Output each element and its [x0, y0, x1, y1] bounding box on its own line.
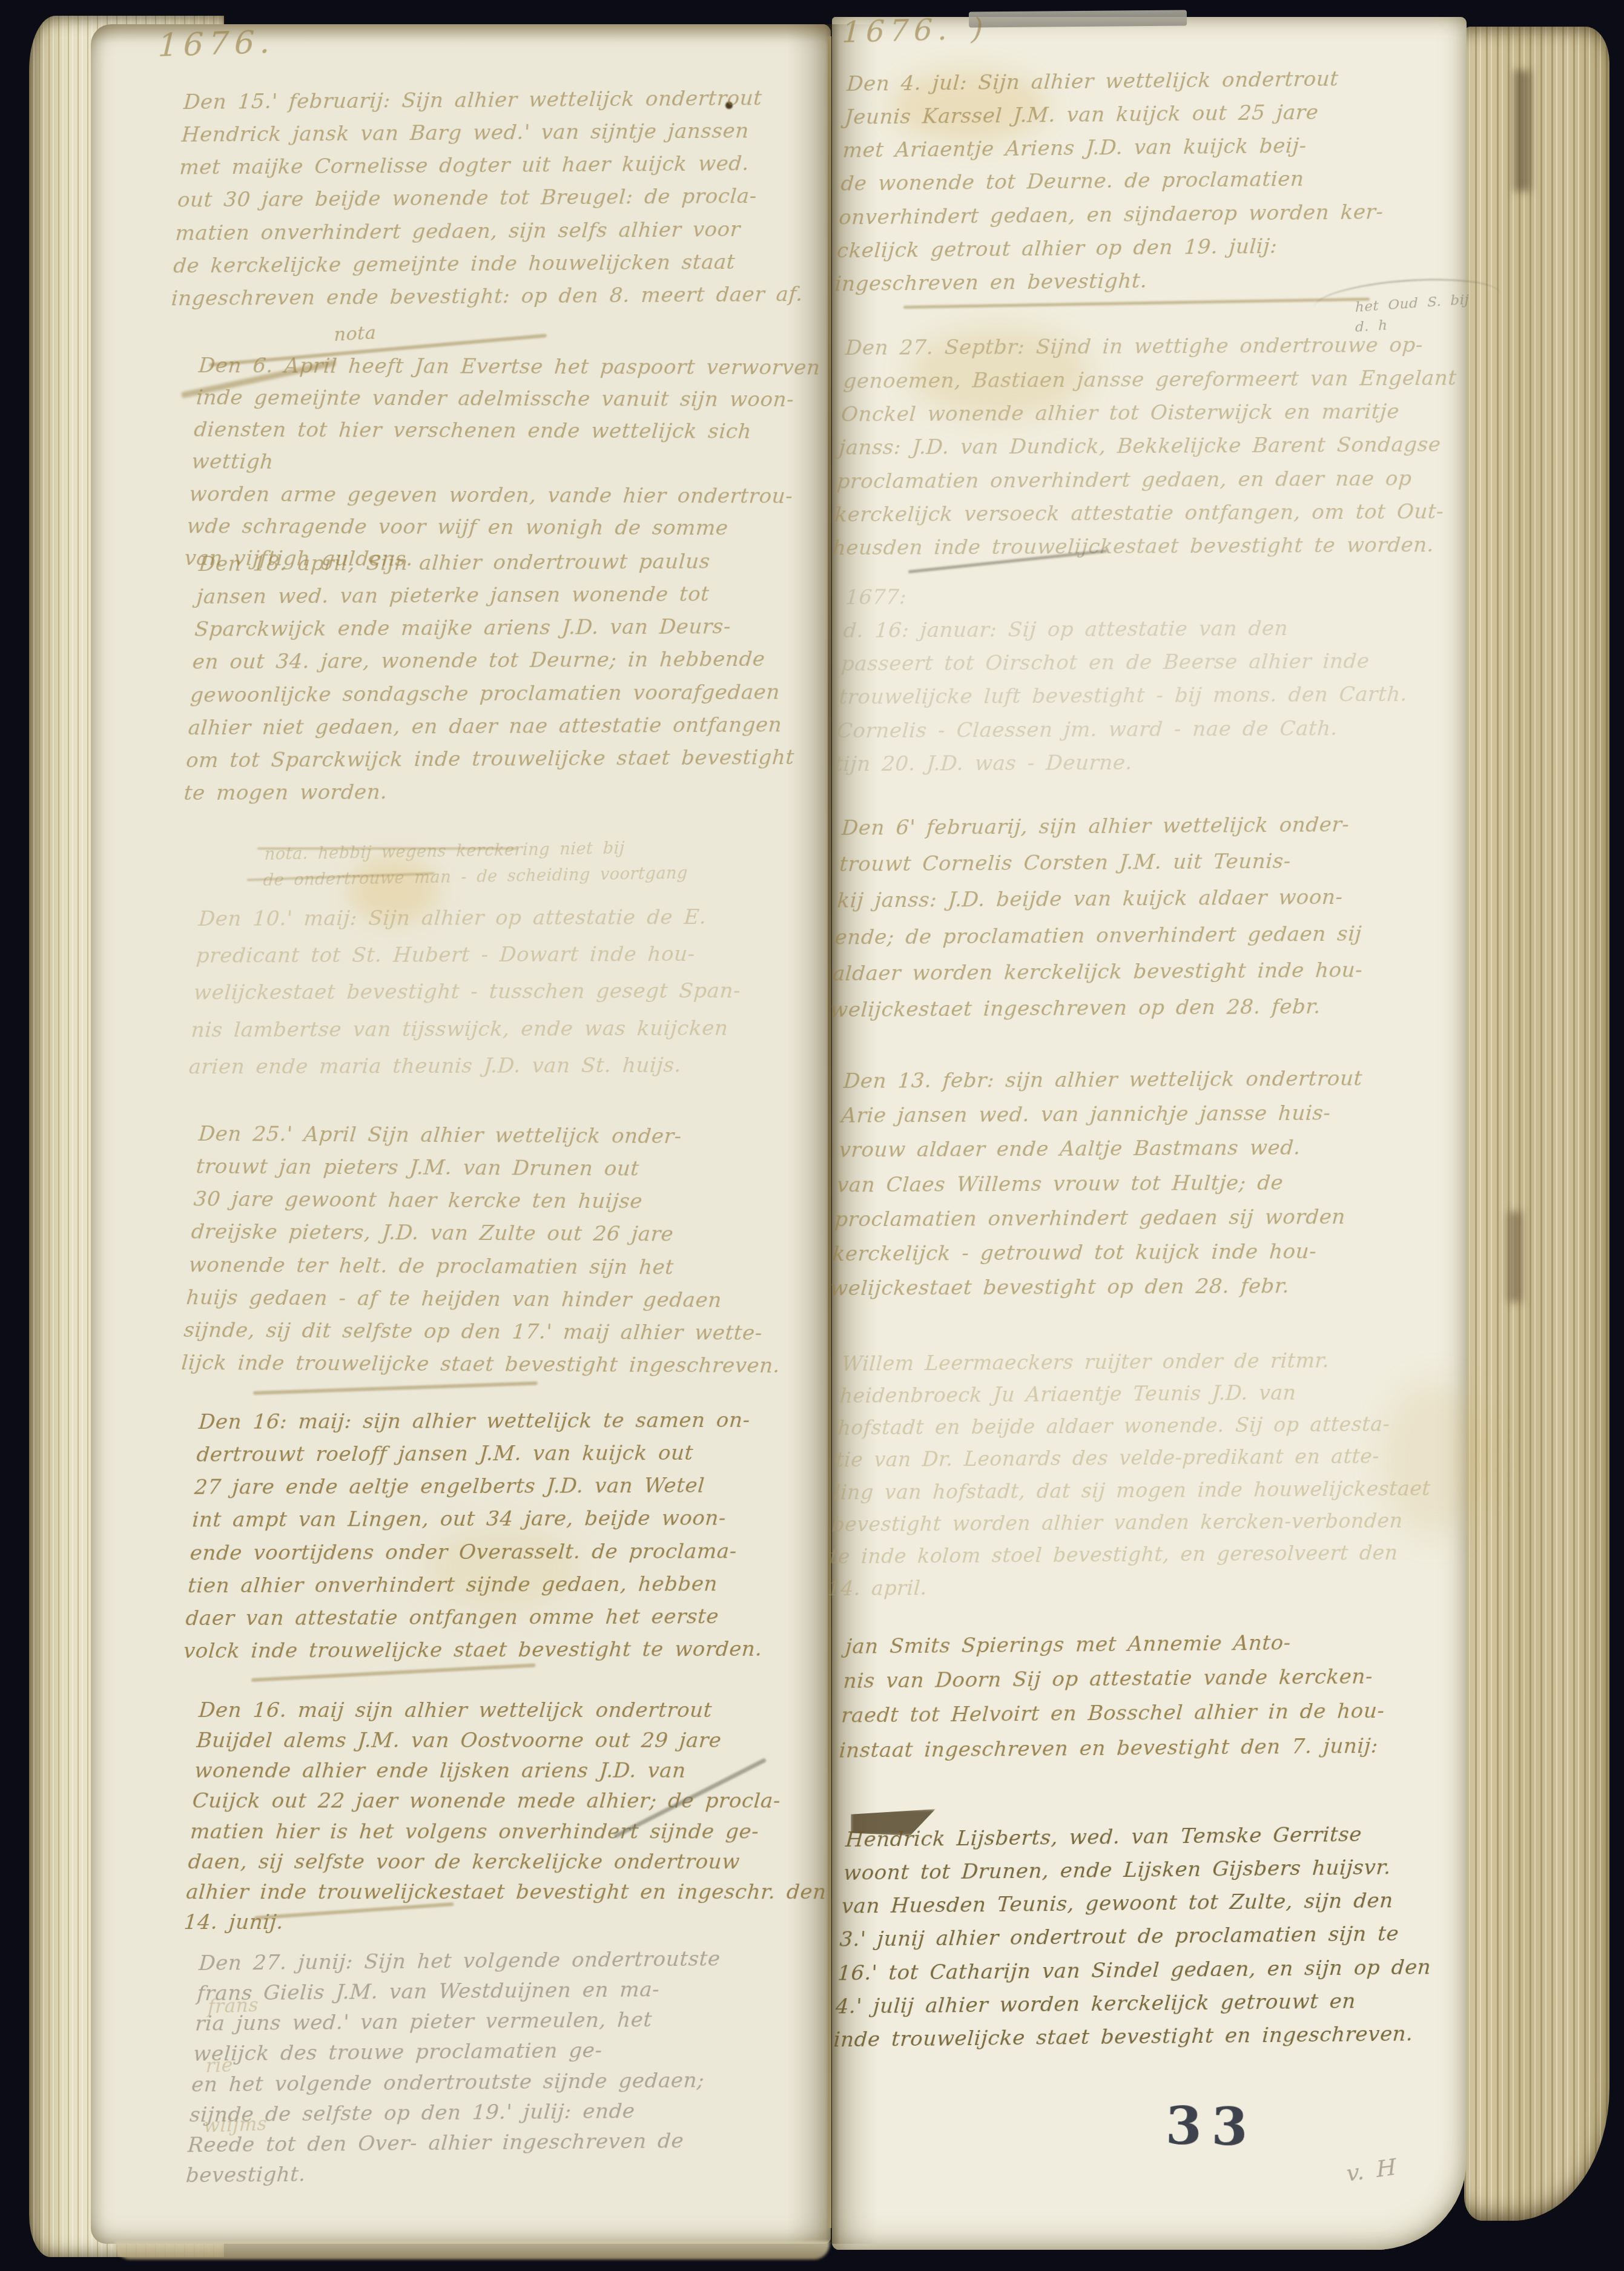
entry-1676-04-18: Den 18. april, Sijn alhier ondertrouwt p…: [183, 545, 833, 810]
tape-fragment: [969, 10, 1187, 27]
entry-1676-04-25: Den 25.' April Sijn alhier wettelijck on…: [180, 1118, 833, 1382]
entry-1676-09-27: Den 27. Septbr: Sijnd in wettighe ondert…: [831, 329, 1461, 565]
entry-1676-05-10: Den 10.' maij: Sijn alhier op attestatie…: [188, 898, 833, 1086]
entry-1676-07-04: Den 4. jul: Sijn alhier wettelijck onder…: [834, 61, 1456, 301]
year-heading-right: 1676. ): [842, 12, 989, 50]
entry-jan-smits-spierings: jan Smits Spierings met Annemie Anto- ni…: [838, 1624, 1473, 1768]
marginal-words: frans rie wlijms: [203, 1973, 342, 2155]
entry-1676-04-06: Den 6. April heeft Jan Evertse het paspo…: [183, 350, 833, 577]
page-number-stamp: 33: [1165, 2095, 1258, 2158]
entry-1676-05-16-a: Den 16: maij: sijn alhier wettelijck te …: [182, 1403, 842, 1667]
entry-1677-06-03: Hendrick Lijsberts, wed. van Temske Gerr…: [833, 1817, 1473, 2057]
nota-margin-note: nota. hebbij wegens kerckering niet bij …: [262, 832, 828, 894]
bottom-page-edge: [115, 2241, 830, 2259]
entry-1676-02-15: Den 15.' februarij: Sijn alhier wettelij…: [170, 81, 836, 315]
ink-stroke: [257, 848, 518, 849]
year-heading-left: 1676.: [157, 24, 276, 64]
entry-1676-05-16-b: Den 16. maij sijn alhier wettelijck onde…: [183, 1695, 842, 1937]
manuscript-scan: 1676. Den 15.' februarij: Sijn alhier we…: [0, 0, 1624, 2271]
entry-willem-leermaeckers: Willem Leermaeckers ruijter onder de rit…: [827, 1343, 1470, 1604]
right-page-edges: [1464, 27, 1609, 2221]
entry-1677-02-06: Den 6' februarij, sijn alhier wettelijck…: [829, 806, 1461, 1028]
entry-1677-01-16: 1677: d. 16: januar: Sij op attestatie v…: [834, 578, 1452, 781]
nota-word: nota: [334, 322, 376, 346]
entry-1677-02-13: Den 13. febr: sijn alhier wettelijck ond…: [829, 1061, 1462, 1306]
